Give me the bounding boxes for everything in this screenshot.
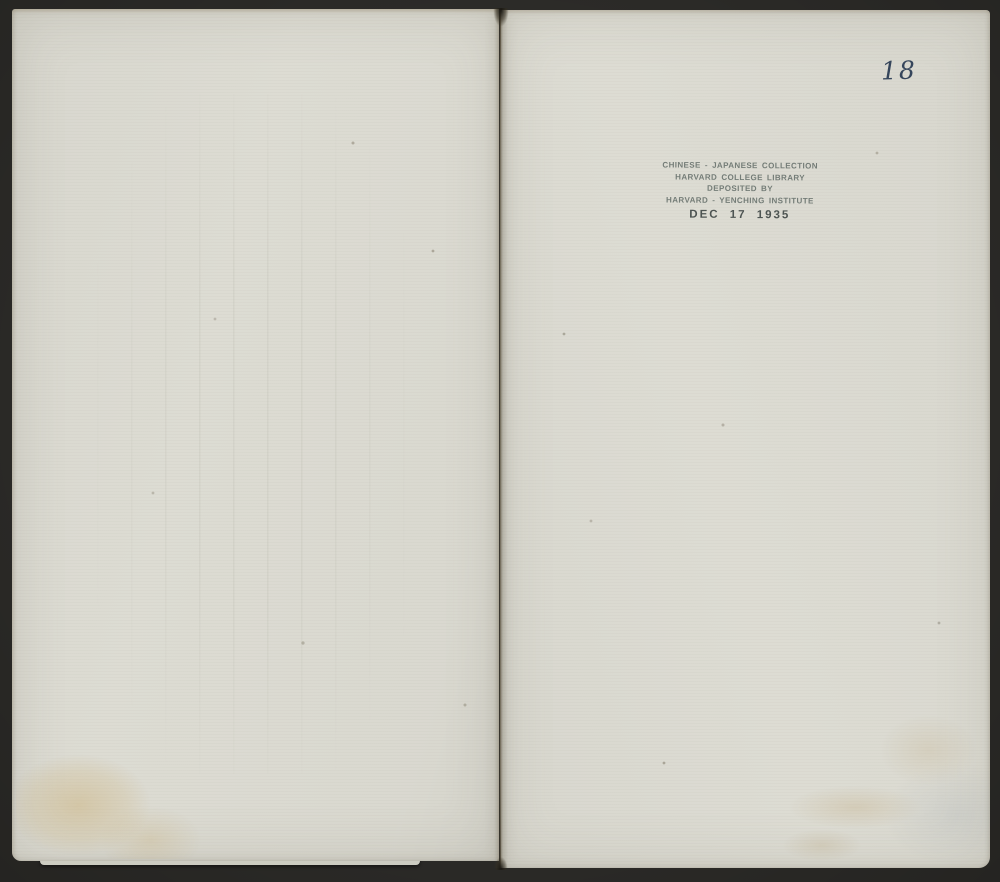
stamp-institute-line: HARVARD - YENCHING INSTITUTE bbox=[652, 194, 828, 207]
stamp-date: DEC 17 1935 bbox=[652, 209, 828, 222]
binding-notch-bottom bbox=[492, 844, 510, 870]
binding-notch-top bbox=[491, 8, 511, 44]
binding-gutter bbox=[494, 9, 508, 868]
bottom-left-stain bbox=[16, 724, 256, 859]
left-page bbox=[12, 9, 499, 861]
page-number: 18 bbox=[881, 56, 918, 86]
book-scan: 18 CHINESE - JAPANESE COLLECTION HARVARD… bbox=[0, 0, 1000, 882]
right-page: 18 CHINESE - JAPANESE COLLECTION HARVARD… bbox=[500, 10, 990, 868]
showthrough-columns bbox=[97, 94, 412, 774]
bottom-right-stain bbox=[710, 678, 990, 868]
paper-specks bbox=[0, 0, 2, 2]
library-stamp: CHINESE - JAPANESE COLLECTION HARVARD CO… bbox=[652, 159, 828, 222]
